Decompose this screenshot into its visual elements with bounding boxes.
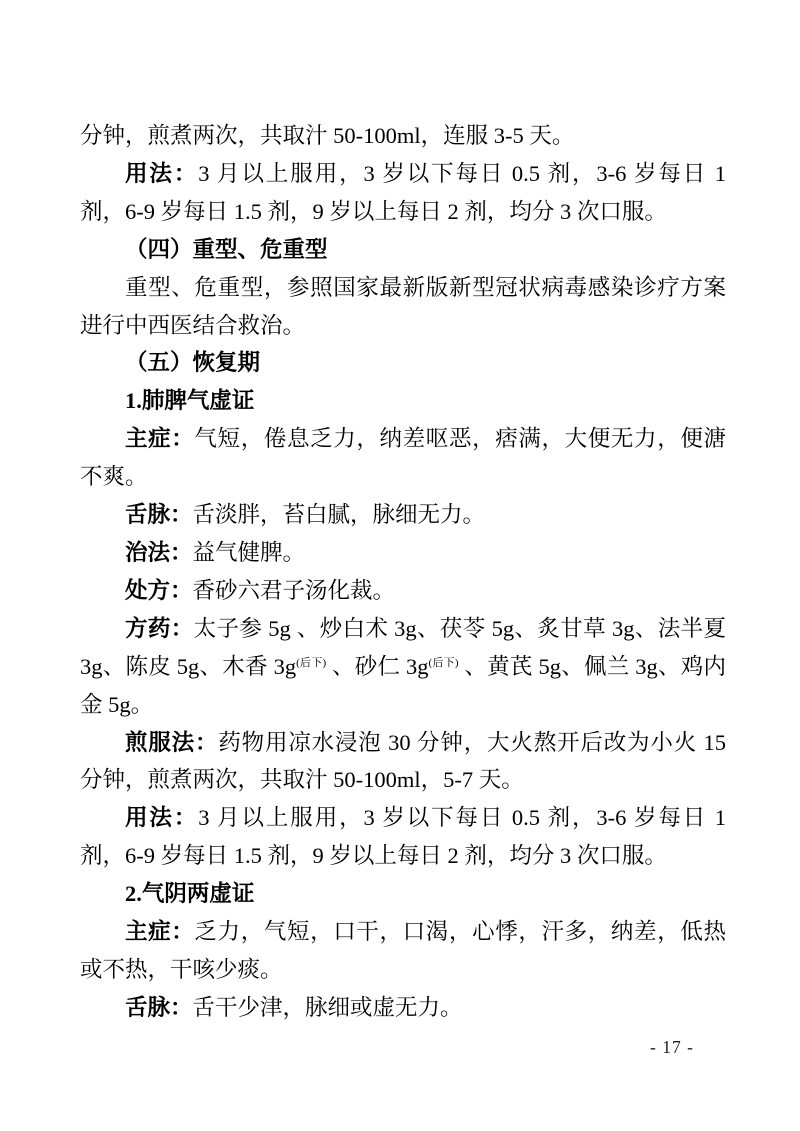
paragraph-syndrome1-usage: 用法：3 月以上服用，3 岁以下每日 0.5 剂，3-6 岁每日 1 剂，6-9… (80, 799, 726, 875)
field-label-main-symptoms: 主症： (125, 426, 194, 451)
heading-text: 1.肺脾气虚证 (125, 388, 254, 413)
field-label-usage: 用法： (125, 161, 198, 186)
paragraph-syndrome1-tongue-pulse: 舌脉：舌淡胖，苔白腻，脉细无力。 (80, 496, 726, 534)
page-number: - 17 - (650, 1036, 694, 1058)
body-text: 舌干少津，脉细或虚无力。 (193, 995, 463, 1020)
paragraph-usage-top: 用法：3 月以上服用，3 岁以下每日 0.5 剂，3-6 岁每日 1 剂，6-9… (80, 155, 726, 231)
field-label-prescription: 处方： (125, 578, 193, 603)
field-label-treatment: 治法： (125, 540, 193, 565)
field-label-usage: 用法： (125, 805, 198, 830)
paragraph-syndrome1-decoction-method: 煎服法：药物用凉水浸泡 30 分钟，大火熬开后改为小火 15 分钟，煎煮两次，共… (80, 724, 726, 800)
paragraph-syndrome1-herbs: 方药：太子参 5g 、炒白术 3g、茯苓 5g、炙甘草 3g、法半夏 3g、陈皮… (80, 610, 726, 724)
paragraph-syndrome1-prescription: 处方：香砂六君子汤化裁。 (80, 572, 726, 610)
field-label-main-symptoms: 主症： (125, 919, 194, 944)
herb-note-superscript: (后下) (429, 657, 459, 669)
body-text: 分钟，煎煮两次，共取汁 50-100ml，连服 3-5 天。 (80, 123, 574, 148)
paragraph-syndrome1-main-symptoms: 主症：气短，倦息乏力，纳差呕恶，痞满，大便无力，便溏不爽。 (80, 420, 726, 496)
heading-section-five: （五）恢复期 (80, 344, 726, 382)
heading-section-four: （四）重型、危重型 (80, 231, 726, 269)
body-text: 益气健脾。 (193, 540, 306, 565)
field-label-tongue-pulse: 舌脉： (125, 995, 193, 1020)
paragraph-syndrome2-main-symptoms: 主症：乏力，气短，口干，口渴，心悸，汗多，纳差，低热或不热，干咳少痰。 (80, 913, 726, 989)
document-body: 分钟，煎煮两次，共取汁 50-100ml，连服 3-5 天。 用法：3 月以上服… (80, 117, 726, 1027)
paragraph-syndrome2-tongue-pulse: 舌脉：舌干少津，脉细或虚无力。 (80, 989, 726, 1027)
heading-text: （四）重型、危重型 (125, 237, 328, 262)
paragraph-severe-critical: 重型、危重型，参照国家最新版新型冠状病毒感染诊疗方案进行中西医结合救治。 (80, 269, 726, 345)
field-label-herbs: 方药： (125, 616, 194, 641)
heading-syndrome-1: 1.肺脾气虚证 (80, 382, 726, 420)
body-text: 、砂仁 3g (326, 654, 428, 679)
heading-syndrome-2: 2.气阴两虚证 (80, 875, 726, 913)
heading-text: （五）恢复期 (125, 350, 260, 375)
field-label-decoction-method: 煎服法： (125, 730, 218, 755)
body-text: 香砂六君子汤化裁。 (193, 578, 396, 603)
herb-note-superscript: (后下) (296, 657, 326, 669)
body-text: 重型、危重型，参照国家最新版新型冠状病毒感染诊疗方案进行中西医结合救治。 (80, 275, 726, 338)
paragraph-syndrome1-treatment: 治法：益气健脾。 (80, 534, 726, 572)
heading-text: 2.气阴两虚证 (125, 881, 254, 906)
field-label-tongue-pulse: 舌脉： (125, 502, 193, 527)
paragraph-decoction-continuation: 分钟，煎煮两次，共取汁 50-100ml，连服 3-5 天。 (80, 117, 726, 155)
body-text: 舌淡胖，苔白腻，脉细无力。 (193, 502, 486, 527)
